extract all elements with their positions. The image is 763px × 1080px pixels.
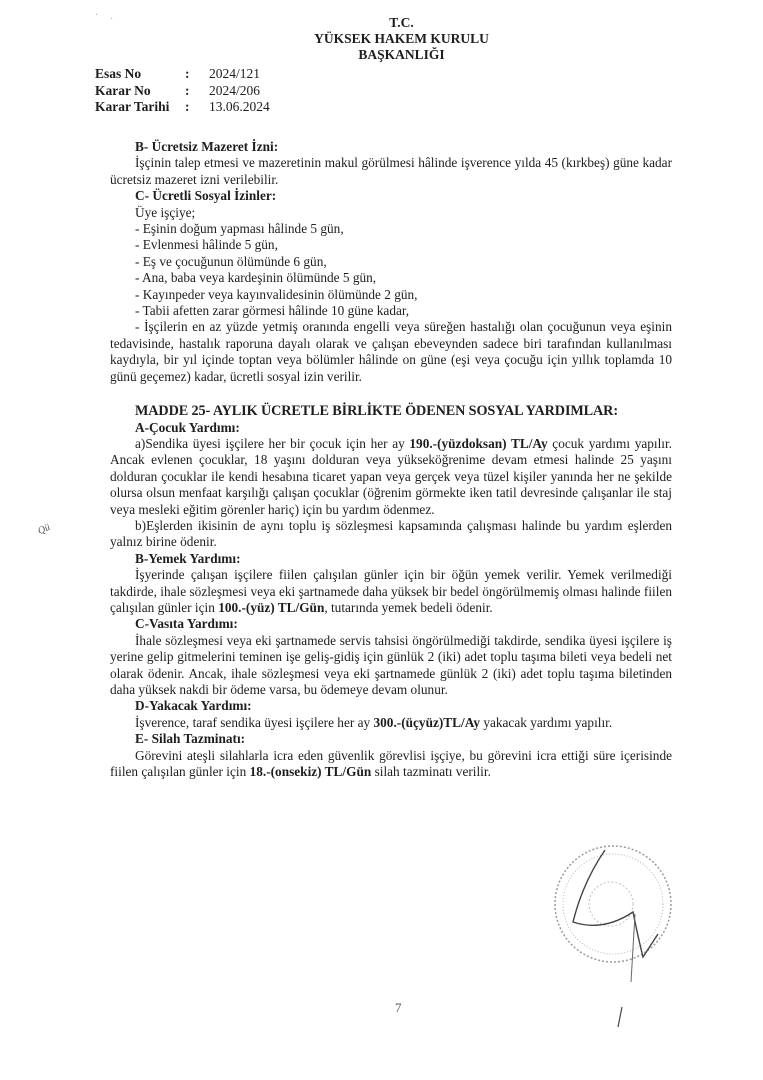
meta-row-karar: Karar No : 2024/206 — [95, 83, 270, 100]
text: a)Sendika üyesi işçilere her bir çocuk i… — [135, 436, 409, 451]
list-item: - Kayınpeder veya kayınvalidesinin ölümü… — [135, 287, 672, 303]
fuel-allowance-amount: 300.-(üçyüz)TL/Ay — [374, 715, 481, 730]
meta-value: 2024/121 — [209, 66, 260, 83]
list-item: - Evlenmesi hâlinde 5 gün, — [135, 237, 672, 253]
signature-mark-icon — [615, 1005, 625, 1030]
meta-value: 2024/206 — [209, 83, 260, 100]
case-metadata: Esas No : 2024/121 Karar No : 2024/206 K… — [95, 66, 270, 116]
meal-allowance-amount: 100.-(yüz) TL/Gün — [218, 600, 324, 615]
meta-row-tarih: Karar Tarihi : 13.06.2024 — [95, 99, 270, 116]
text: silah tazminatı verilir. — [371, 764, 491, 779]
text: , tutarında yemek bedeli ödenir. — [324, 600, 492, 615]
child-allowance-amount: 190.-(yüzdoksan) TL/Ay — [409, 436, 547, 451]
fuel-allowance-heading: D-Yakacak Yardımı: — [135, 698, 672, 714]
list-item: - Eşinin doğum yapması hâlinde 5 gün, — [135, 221, 672, 237]
header-presidency: BAŞKANLIĞI — [40, 47, 763, 63]
transport-allowance-heading: C-Vasıta Yardımı: — [135, 616, 672, 632]
meta-label: Karar Tarihi — [95, 99, 185, 116]
child-allowance-heading: A-Çocuk Yardımı: — [135, 420, 672, 436]
section-b-heading: B- Ücretsiz Mazeret İzni: — [135, 139, 672, 155]
meta-value: 13.06.2024 — [209, 99, 270, 116]
meta-label: Karar No — [95, 83, 185, 100]
text: İşverence, taraf sendika üyesi işçilere … — [135, 715, 374, 730]
meta-colon: : — [185, 99, 209, 116]
meta-colon: : — [185, 66, 209, 83]
header-tc: T.C. — [40, 15, 763, 31]
list-item: - Eş ve çocuğunun ölümünde 6 gün, — [135, 254, 672, 270]
weapon-allowance-paragraph: Görevini ateşli silahlarla icra eden güv… — [110, 748, 672, 781]
official-seal-stamp-icon — [543, 842, 683, 982]
meal-allowance-heading: B-Yemek Yardımı: — [135, 551, 672, 567]
article-25-heading: MADDE 25- AYLIK ÜCRETLE BİRLİKTE ÖDENEN … — [135, 403, 672, 419]
meta-label: Esas No — [95, 66, 185, 83]
document-page: · · T.C. YÜKSEK HAKEM KURULU BAŞKANLIĞI … — [0, 0, 763, 1080]
child-allowance-paragraph-b: b)Eşlerden ikisinin de aynı toplu iş söz… — [110, 518, 672, 551]
document-header: T.C. YÜKSEK HAKEM KURULU BAŞKANLIĞI — [0, 15, 763, 63]
meta-colon: : — [185, 83, 209, 100]
list-item-disabled-child: - İşçilerin en az yüzde yetmiş oranında … — [110, 319, 672, 385]
weapon-allowance-heading: E- Silah Tazminatı: — [135, 731, 672, 747]
meta-row-esas: Esas No : 2024/121 — [95, 66, 270, 83]
child-allowance-paragraph-a: a)Sendika üyesi işçilere her bir çocuk i… — [110, 436, 672, 518]
section-b-text: İşçinin talep etmesi ve mazeretinin maku… — [110, 155, 672, 188]
meal-allowance-paragraph: İşyerinde çalışan işçilere fiilen çalışı… — [110, 567, 672, 616]
section-c-heading: C- Ücretli Sosyal İzinler: — [135, 188, 672, 204]
document-body: B- Ücretsiz Mazeret İzni: İşçinin talep … — [110, 139, 672, 780]
page-number: 7 — [395, 1000, 402, 1016]
header-institution: YÜKSEK HAKEM KURULU — [40, 31, 763, 47]
handwritten-margin-note: Qü — [36, 522, 52, 537]
list-item: - Tabii afetten zarar görmesi hâlinde 10… — [135, 303, 672, 319]
transport-allowance-paragraph: İhale sözleşmesi veya eki şartnamede ser… — [110, 633, 672, 699]
list-item: - Ana, baba veya kardeşinin ölümünde 5 g… — [135, 270, 672, 286]
weapon-allowance-amount: 18.-(onsekiz) TL/Gün — [250, 764, 372, 779]
fuel-allowance-paragraph: İşverence, taraf sendika üyesi işçilere … — [110, 715, 672, 731]
text: yakacak yardımı yapılır. — [480, 715, 612, 730]
section-c-intro: Üye işçiye; — [135, 205, 672, 221]
